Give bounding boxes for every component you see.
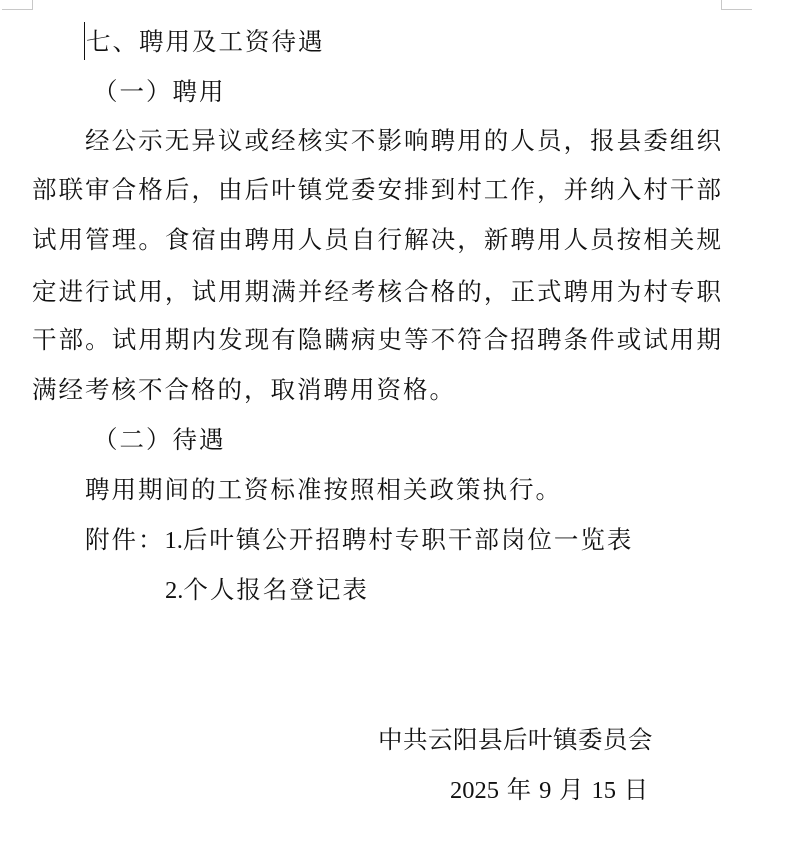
signature-date: 2025 年 9 月 15 日 (450, 773, 648, 807)
paragraph-line: 经公示无异议或经核实不影响聘用的人员，报县委组织 (85, 124, 721, 158)
attachments-label: 附件： (85, 525, 165, 554)
page-corner-mark-top-right (721, 0, 752, 10)
paragraph-line: 定进行试用，试用期满并经考核合格的，正式聘用为村专职 (32, 275, 721, 309)
date-day-unit: 日 (624, 775, 649, 804)
paragraph-line: 满经考核不合格的，取消聘用资格。 (32, 373, 456, 407)
signature-organization: 中共云阳县后叶镇委员会 (378, 723, 653, 757)
paragraph-line: 干部。试用期内发现有隐瞒病史等不符合招聘条件或试用期 (32, 323, 721, 357)
date-month-unit: 月 (559, 775, 584, 804)
section-title: 七、聘用及工资待遇 (86, 25, 325, 59)
paragraph-line: 聘用期间的工资标准按照相关政策执行。 (85, 473, 562, 507)
attachment-number: 1. (165, 527, 183, 554)
text-cursor (84, 22, 85, 60)
date-year-unit: 年 (507, 775, 532, 804)
attachment-number: 2. (165, 577, 183, 604)
date-day: 15 (591, 777, 616, 804)
paragraph-line: 部联审合格后，由后叶镇党委安排到村工作，并纳入村干部 (32, 173, 721, 207)
attachment-row: 2.个人报名登记表 (165, 573, 369, 607)
attachment-row: 附件：1.后叶镇公开招聘村专职干部岗位一览表 (85, 523, 633, 557)
subsection-heading-hiring: （一）聘用 (93, 75, 226, 109)
attachment-title: 个人报名登记表 (183, 575, 369, 604)
subsection-heading-benefits: （二）待遇 (93, 423, 226, 457)
paragraph-line: 试用管理。食宿由聘用人员自行解决，新聘用人员按相关规 (32, 223, 721, 257)
attachment-title: 后叶镇公开招聘村专职干部岗位一览表 (183, 525, 634, 554)
document-page[interactable]: 七、聘用及工资待遇 （一）聘用 经公示无异议或经核实不影响聘用的人员，报县委组织… (0, 0, 800, 854)
date-year: 2025 (450, 777, 499, 804)
page-corner-mark-top-left (2, 0, 33, 10)
date-month: 9 (539, 777, 551, 804)
